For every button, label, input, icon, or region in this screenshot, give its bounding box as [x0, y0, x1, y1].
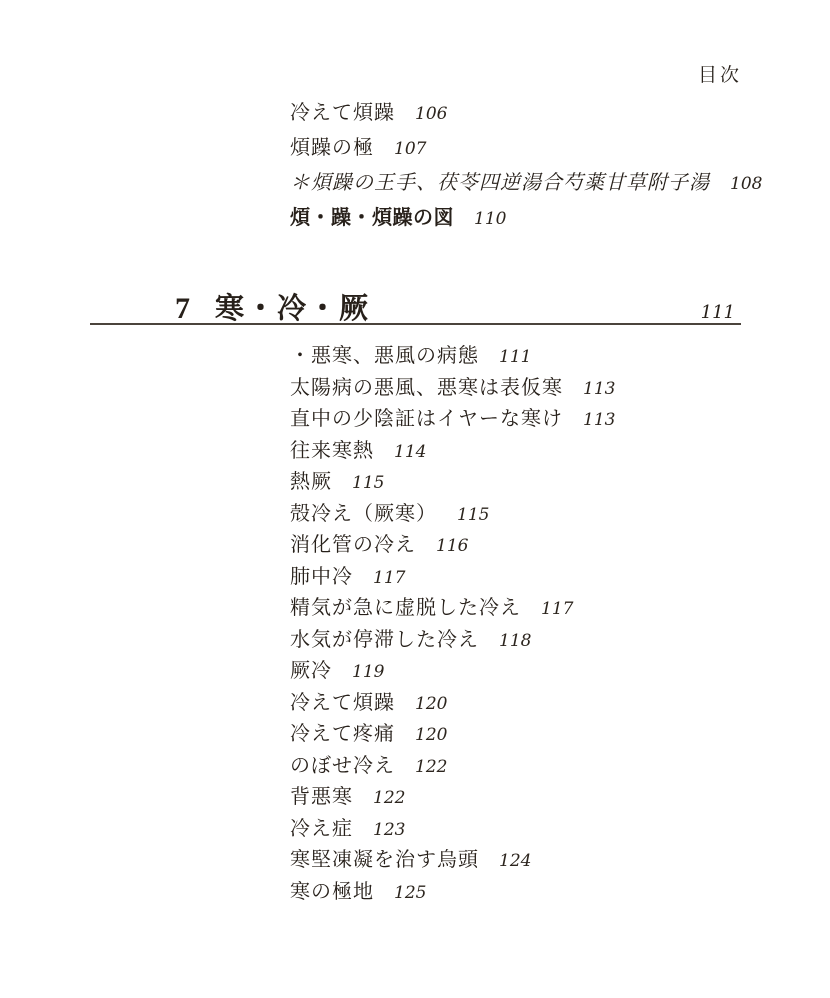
toc-entry: 厥冷 119 — [290, 656, 770, 688]
toc-entry-page: 114 — [394, 437, 426, 469]
toc-entry-title: 煩・躁・煩躁の図 — [290, 201, 454, 236]
toc-entry: 殻冷え（厥寒） 115 — [290, 499, 770, 531]
toc-entry: 消化管の冷え 116 — [290, 530, 770, 562]
toc-entry-page: 113 — [583, 374, 615, 406]
toc-entry-page: 120 — [415, 720, 447, 752]
toc-entry: 寒堅凍凝を治す烏頭 124 — [290, 845, 770, 877]
toc-entry: 太陽病の悪風、悪寒は表仮寒 113 — [290, 373, 770, 405]
toc-entry-title: 煩躁の極 — [290, 131, 374, 166]
toc-entry: ＊煩躁の王手、茯苓四逆湯合芍薬甘草附子湯 108 — [290, 166, 770, 201]
toc-entry: ・悪寒、悪風の病態 111 — [290, 341, 770, 373]
toc-entry-page: 106 — [415, 97, 447, 132]
toc-entry-title: 冷えて煩躁 — [290, 96, 395, 131]
toc-entry-page: 124 — [499, 846, 531, 878]
toc-entry-page: 110 — [474, 202, 506, 237]
toc-page: 目次 冷えて煩躁 106 煩躁の極 107 ＊煩躁の王手、茯苓四逆湯合芍薬甘草附… — [0, 0, 830, 998]
toc-entry: 肺中冷 117 — [290, 562, 770, 594]
toc-entry: 煩・躁・煩躁の図 110 — [290, 201, 770, 236]
toc-section-chapter-7: ・悪寒、悪風の病態 111 太陽病の悪風、悪寒は表仮寒 113 直中の少陰証はイ… — [290, 341, 770, 908]
chapter-heading: 7 寒・冷・厥 111 — [90, 286, 741, 325]
toc-entry-title: 水気が停滞した冷え — [290, 625, 479, 657]
toc-entry-page: 113 — [583, 405, 615, 437]
page-title: 目次 — [698, 60, 742, 87]
toc-entry-page: 108 — [730, 167, 762, 202]
toc-entry-page: 117 — [373, 563, 405, 595]
toc-entry: 冷えて煩躁 106 — [290, 96, 770, 131]
chapter-title: 寒・冷・厥 — [215, 286, 370, 327]
toc-entry: 冷え症 123 — [290, 814, 770, 846]
toc-entry-title: 精気が急に虚脱した冷え — [290, 593, 521, 625]
toc-entry-title: 厥冷 — [290, 656, 332, 688]
toc-entry: 冷えて煩躁 120 — [290, 688, 770, 720]
chapter-number: 7 — [175, 292, 191, 326]
toc-entry: 背悪寒 122 — [290, 782, 770, 814]
toc-entry-title: 冷えて疼痛 — [290, 719, 395, 751]
toc-entry-title: 肺中冷 — [290, 562, 353, 594]
toc-entry-page: 117 — [541, 594, 573, 626]
toc-entry-title: 太陽病の悪風、悪寒は表仮寒 — [290, 373, 563, 405]
toc-entry-title: 消化管の冷え — [290, 530, 416, 562]
toc-entry: 熱厥 115 — [290, 467, 770, 499]
toc-entry-page: 115 — [352, 468, 384, 500]
chapter-page-number: 111 — [701, 302, 735, 323]
toc-entry-page: 116 — [436, 531, 468, 563]
toc-entry-title: 往来寒熱 — [290, 436, 374, 468]
toc-entry: 水気が停滞した冷え 118 — [290, 625, 770, 657]
toc-entry: 直中の少陰証はイヤーな寒け 113 — [290, 404, 770, 436]
toc-entry-title: 冷えて煩躁 — [290, 688, 395, 720]
toc-entry: 冷えて疼痛 120 — [290, 719, 770, 751]
toc-entry-page: 107 — [394, 132, 426, 167]
toc-entry-title: 殻冷え（厥寒） — [290, 499, 437, 531]
toc-entry: のぼせ冷え 122 — [290, 751, 770, 783]
toc-entry-title: ＊煩躁の王手、茯苓四逆湯合芍薬甘草附子湯 — [290, 166, 710, 201]
toc-entry: 往来寒熱 114 — [290, 436, 770, 468]
toc-entry-title: 直中の少陰証はイヤーな寒け — [290, 404, 563, 436]
toc-entry-page: 120 — [415, 689, 447, 721]
toc-entry-page: 125 — [394, 878, 426, 910]
toc-entry-title: 背悪寒 — [290, 782, 353, 814]
toc-entry-page: 119 — [352, 657, 384, 689]
toc-entry: 寒の極地 125 — [290, 877, 770, 909]
toc-entry: 煩躁の極 107 — [290, 131, 770, 166]
toc-entry-title: 寒堅凍凝を治す烏頭 — [290, 845, 479, 877]
toc-entry: 精気が急に虚脱した冷え 117 — [290, 593, 770, 625]
toc-entry-page: 111 — [499, 342, 531, 374]
toc-entry-title: 冷え症 — [290, 814, 353, 846]
toc-entry-page: 122 — [373, 783, 405, 815]
toc-entry-title: 熱厥 — [290, 467, 332, 499]
toc-entry-title: ・悪寒、悪風の病態 — [290, 341, 479, 373]
toc-entry-page: 118 — [499, 626, 531, 658]
toc-entry-title: のぼせ冷え — [290, 751, 395, 783]
toc-entry-title: 寒の極地 — [290, 877, 374, 909]
toc-entry-page: 123 — [373, 815, 405, 847]
toc-section-previous-chapter: 冷えて煩躁 106 煩躁の極 107 ＊煩躁の王手、茯苓四逆湯合芍薬甘草附子湯 … — [290, 96, 770, 236]
toc-entry-page: 122 — [415, 752, 447, 784]
toc-entry-page: 115 — [457, 500, 489, 532]
